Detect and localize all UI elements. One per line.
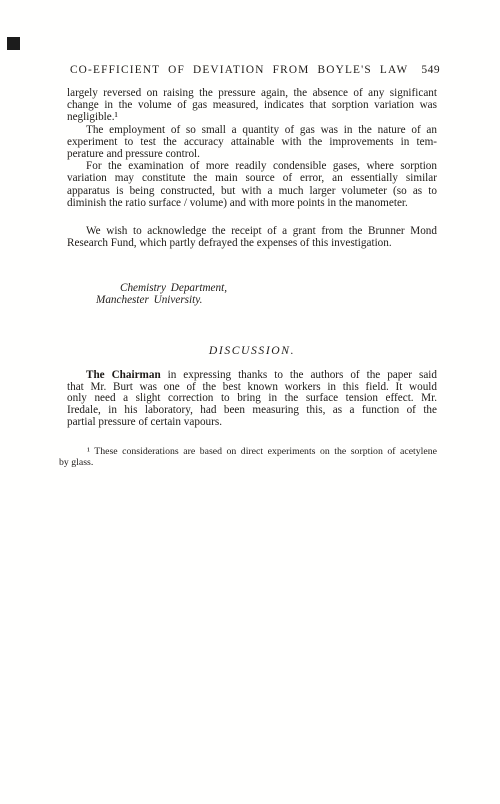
page-number: 549 — [421, 63, 440, 77]
text-line: We wish to acknowledge the receipt of a … — [67, 225, 437, 237]
text-line: experiment to test the accuracy attainab… — [67, 136, 437, 148]
paragraph-continuation: largely reversed on raising the pressure… — [67, 87, 437, 124]
paragraph-condensible-gases: For the examination of more readily cond… — [67, 160, 437, 209]
paragraph-acknowledgement: We wish to acknowledge the receipt of a … — [67, 225, 437, 249]
text-line: Research Fund, which partly defrayed the… — [67, 237, 437, 249]
discussion-heading: DISCUSSION. — [67, 344, 437, 358]
text-line: The employment of so small a quantity of… — [67, 124, 437, 136]
text-line: ¹ These considerations are based on dire… — [59, 446, 437, 457]
text-line: diminish the ratio surface / volume) and… — [67, 197, 437, 209]
text-line: partial pressure of certain vapours. — [67, 417, 437, 429]
text-line: variation may constitute the main source… — [67, 172, 437, 184]
paragraph-chairman-discussion: The Chairman in expressing thanks to the… — [67, 370, 437, 430]
running-header-title: CO-EFFICIENT OF DEVIATION FROM BOYLE'S L… — [70, 63, 408, 77]
text-line: by glass. — [59, 457, 437, 468]
text-line: apparatus is being constructed, but with… — [67, 185, 437, 197]
speaker-name: The Chairman — [86, 369, 161, 381]
page-body: largely reversed on raising the pressure… — [67, 87, 437, 469]
scan-corner-mark — [7, 37, 20, 50]
author-address: Chemistry Department, Manchester Univers… — [67, 283, 437, 306]
address-university: Manchester University. — [67, 295, 437, 307]
footnote: ¹ These considerations are based on dire… — [59, 446, 437, 468]
scanned-paper-page: CO-EFFICIENT OF DEVIATION FROM BOYLE'S L… — [0, 0, 500, 804]
running-header: CO-EFFICIENT OF DEVIATION FROM BOYLE'S L… — [67, 63, 443, 77]
text-line: change in the volume of gas measured, in… — [67, 99, 437, 111]
text-line: largely reversed on raising the pressure… — [67, 87, 437, 99]
text-line: perature and pressure control. — [67, 148, 437, 160]
text-line: negligible.¹ — [67, 111, 437, 123]
text-line: For the examination of more readily cond… — [67, 160, 437, 172]
paragraph-employment: The employment of so small a quantity of… — [67, 124, 437, 161]
text-segment: in expressing thanks to the authors of t… — [161, 369, 437, 381]
text-line: The Chairman in expressing thanks to the… — [67, 370, 437, 382]
